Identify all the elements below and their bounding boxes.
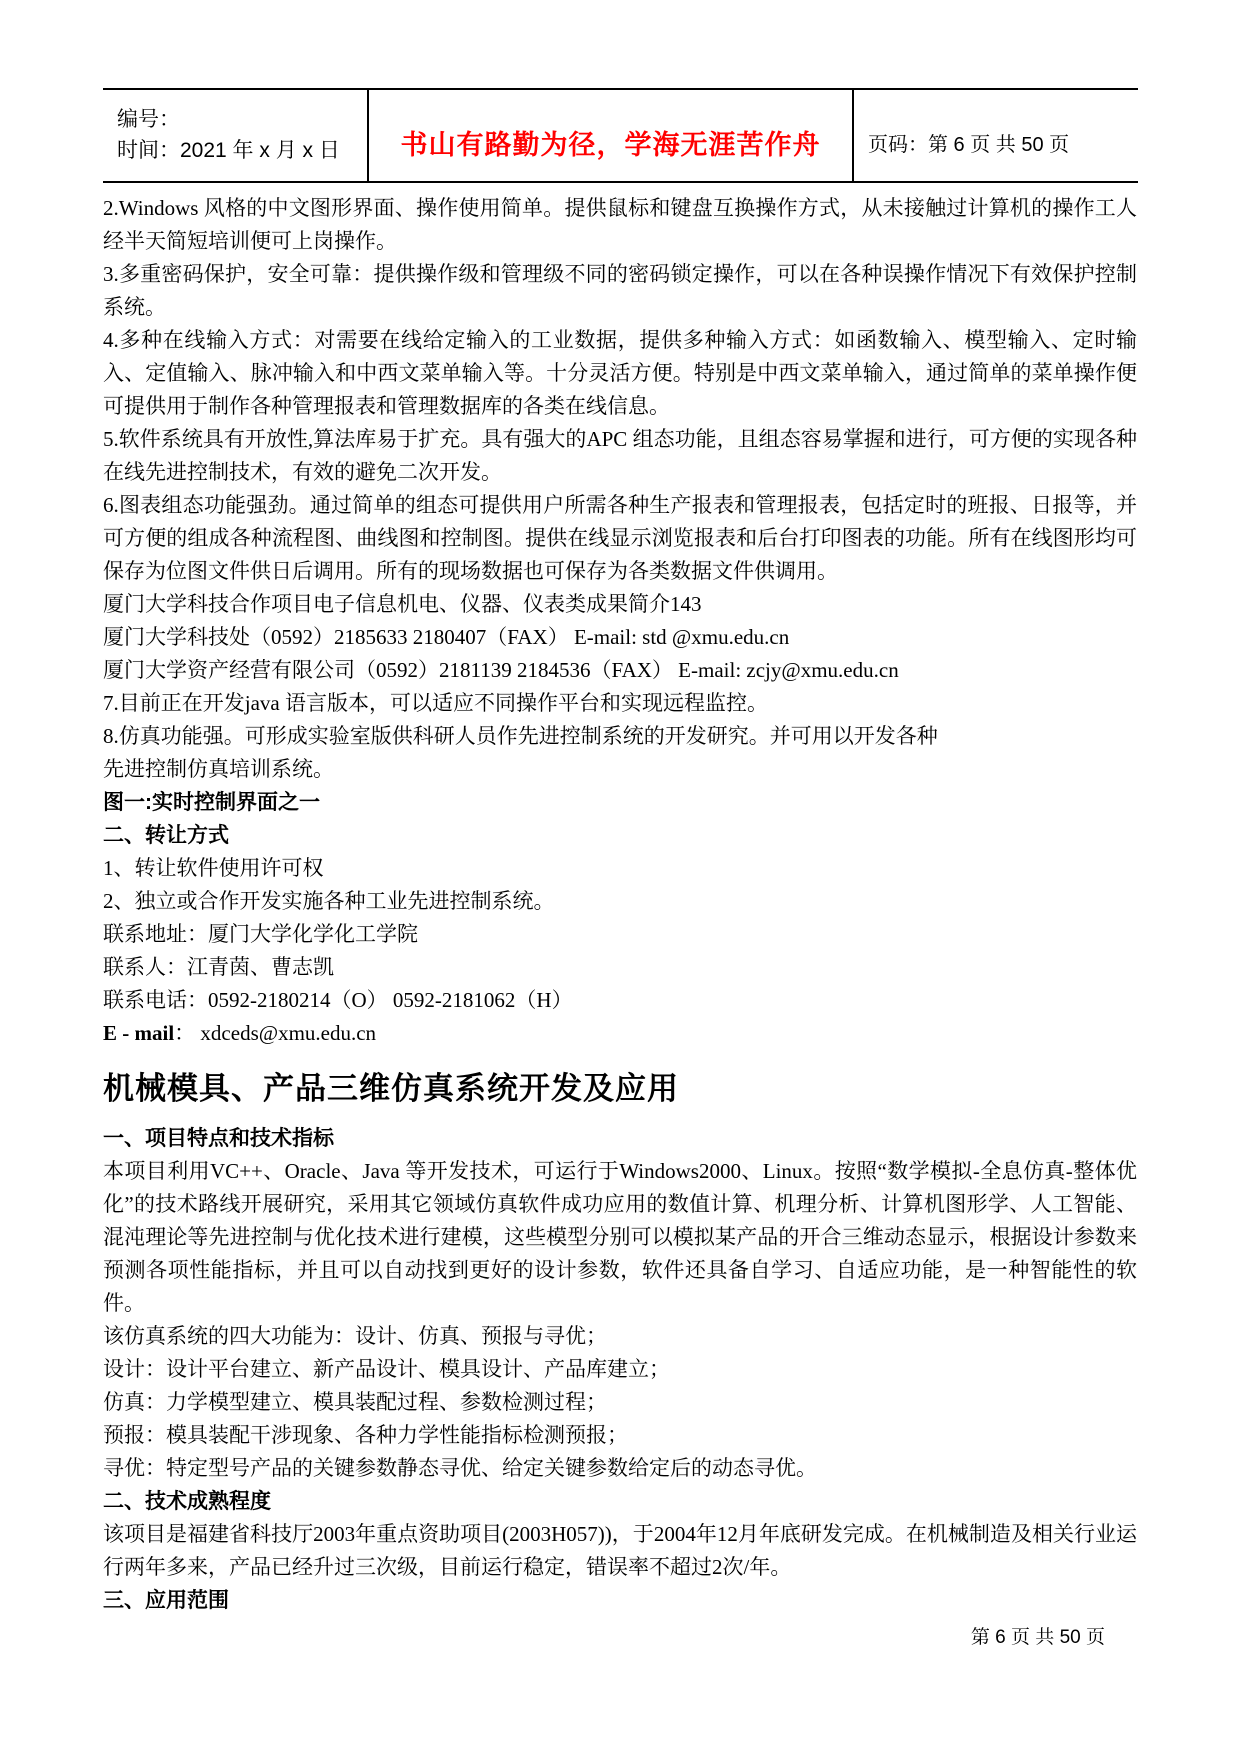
line-four-functions: 该仿真系统的四大功能为：设计、仿真、预报与寻优； bbox=[103, 1320, 1137, 1353]
header-meta-cell: 编号： 时间：2021 年 x 月 x 日 bbox=[103, 90, 367, 181]
header-number-label: 编号： bbox=[117, 104, 367, 135]
para-project-intro: 本项目利用VC++、Oracle、Java 等开发技术，可运行于Windows2… bbox=[103, 1155, 1137, 1320]
figure-caption: 图一:实时控制界面之一 bbox=[103, 786, 1137, 819]
document-body: 2.Windows 风格的中文图形界面、操作使用简单。提供鼠标和键盘互换操作方式… bbox=[103, 183, 1137, 1617]
transfer-item-1: 1、转让软件使用许可权 bbox=[103, 852, 1137, 885]
heading-maturity: 二、技术成熟程度 bbox=[103, 1485, 1137, 1518]
para-maturity: 该项目是福建省科技厅2003年重点资助项目(2003H057))，于2004年1… bbox=[103, 1518, 1137, 1584]
email-line: E - mail： xdceds@xmu.edu.cn bbox=[103, 1017, 1137, 1050]
contact-phone: 联系电话：0592-2180214（O） 0592-2181062（H） bbox=[103, 984, 1137, 1017]
email-label: E - mail bbox=[103, 1021, 174, 1045]
document-page: 编号： 时间：2021 年 x 月 x 日 书山有路勤为径，学海无涯苦作舟 页码… bbox=[0, 0, 1241, 1754]
header-date-label: 时间：2021 年 x 月 x 日 bbox=[117, 135, 367, 166]
heading-transfer-method: 二、转让方式 bbox=[103, 819, 1137, 852]
line-optimization: 寻优：特定型号产品的关键参数静态寻优、给定关键参数给定后的动态寻优。 bbox=[103, 1452, 1137, 1485]
line-simulation: 仿真：力学模型建立、模具装配过程、参数检测过程； bbox=[103, 1386, 1137, 1419]
heading-project-features: 一、项目特点和技术指标 bbox=[103, 1122, 1137, 1155]
contact-address: 联系地址：厦门大学化学化工学院 bbox=[103, 918, 1137, 951]
para-simulation: 8.仿真功能强。可形成实验室版供科研人员作先进控制系统的开发研究。并可用以开发各… bbox=[103, 720, 1137, 786]
para-windows-style: 2.Windows 风格的中文图形界面、操作使用简单。提供鼠标和键盘互换操作方式… bbox=[103, 192, 1137, 258]
contact-person: 联系人：江青茵、曹志凯 bbox=[103, 951, 1137, 984]
para-input-methods: 4.多种在线输入方式：对需要在线给定输入的工业数据，提供多种输入方式：如函数输入… bbox=[103, 324, 1137, 423]
para-password: 3.多重密码保护，安全可靠：提供操作级和管理级不同的密码锁定操作，可以在各种误操… bbox=[103, 258, 1137, 324]
line-asset-company: 厦门大学资产经营有限公司（0592）2181139 2184536（FAX） E… bbox=[103, 654, 1137, 687]
heading-application-scope: 三、应用范围 bbox=[103, 1584, 1137, 1617]
para-openness: 5.软件系统具有开放性,算法库易于扩充。具有强大的APC 组态功能，且组态容易掌… bbox=[103, 423, 1137, 489]
para-chart-config: 6.图表组态功能强劲。通过简单的组态可提供用户所需各种生产报表和管理报表，包括定… bbox=[103, 489, 1137, 588]
footer-page-info: 第 6 页 共 50 页 bbox=[971, 1627, 1105, 1648]
transfer-item-2: 2、独立或合作开发实施各种工业先进控制系统。 bbox=[103, 885, 1137, 918]
header-page-cell: 页码：第 6 页 共 50 页 bbox=[854, 90, 1138, 181]
line-design: 设计：设计平台建立、新产品设计、模具设计、产品库建立； bbox=[103, 1353, 1137, 1386]
line-forecast: 预报：模具装配干涉现象、各种力学性能指标检测预报； bbox=[103, 1419, 1137, 1452]
page-footer: 第 6 页 共 50 页 bbox=[971, 1624, 1105, 1652]
line-science-office: 厦门大学科技处（0592）2185633 2180407（FAX） E-mail… bbox=[103, 621, 1137, 654]
email-value: ： xdceds@xmu.edu.cn bbox=[174, 1021, 376, 1045]
section-title: 机械模具、产品三维仿真系统开发及应用 bbox=[103, 1066, 1137, 1112]
line-project-intro: 厦门大学科技合作项目电子信息机电、仪器、仪表类成果简介143 bbox=[103, 588, 1137, 621]
header-page-info: 页码：第 6 页 共 50 页 bbox=[868, 128, 1069, 157]
page-header: 编号： 时间：2021 年 x 月 x 日 书山有路勤为径，学海无涯苦作舟 页码… bbox=[103, 88, 1138, 183]
header-slogan-cell: 书山有路勤为径，学海无涯苦作舟 bbox=[367, 90, 854, 181]
header-slogan-text: 书山有路勤为径，学海无涯苦作舟 bbox=[401, 123, 821, 162]
para-java-version: 7.目前正在开发java 语言版本，可以适应不同操作平台和实现远程监控。 bbox=[103, 687, 1137, 720]
